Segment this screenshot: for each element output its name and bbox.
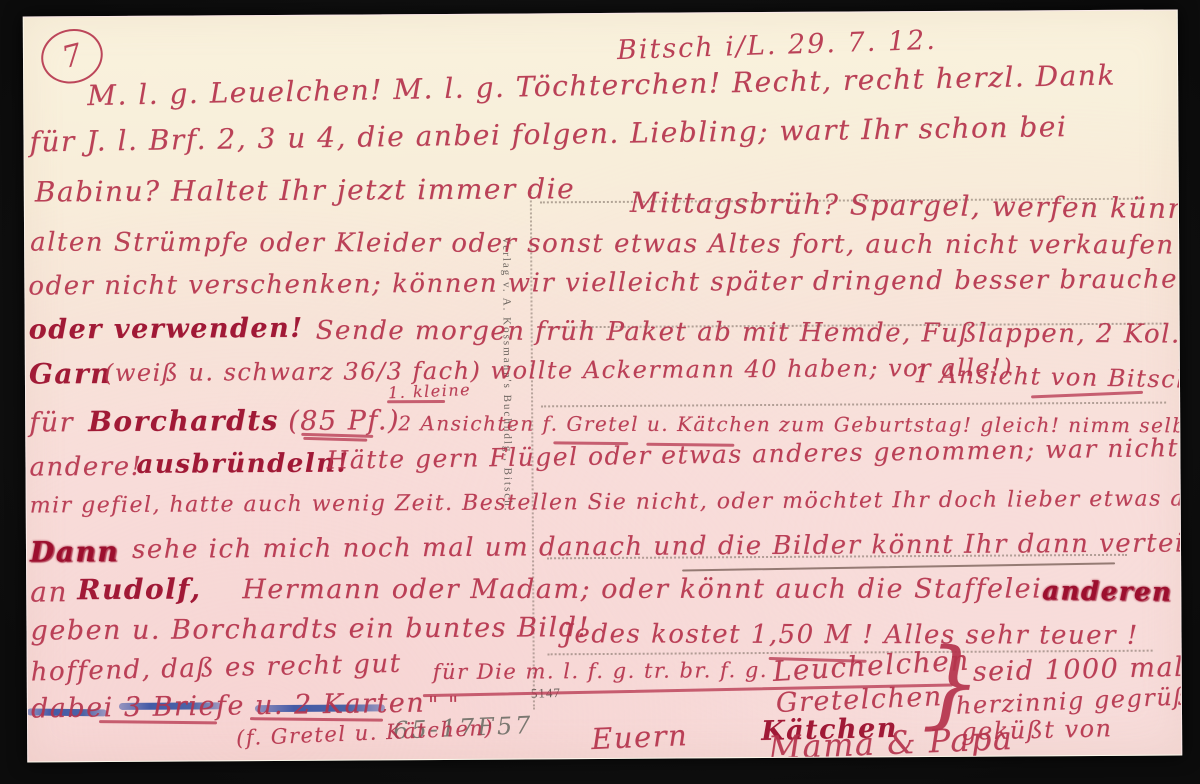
- handwriting-line: " ": [428, 693, 460, 718]
- handwriting-line: M. l. g. Leuelchen! M. l. g. Töchterchen…: [87, 58, 1116, 112]
- handwriting-line: mir gefiel, hatte auch wenig Zeit. Beste…: [30, 486, 1183, 519]
- handwriting-layer: M. l. g. Leuelchen! M. l. g. Töchterchen…: [24, 10, 1177, 17]
- handwriting-line: Garn: [29, 357, 112, 391]
- handwriting-line: sehe ich mich noch mal um danach und die…: [132, 528, 1182, 565]
- handwriting-line: 2 Ansichten f. Gretel u. Kätchen zum Geb…: [398, 411, 1182, 437]
- handwriting-line: Mittagsbrüh? Spargel, werfen künn: [630, 186, 1183, 225]
- handwriting-line: 1 Ansicht von Bitsch, Staffelei: [914, 360, 1183, 396]
- postcard: 7 Bitsch i/L. 29. 7. 12. Verlag v. A. Ko…: [23, 9, 1183, 762]
- ink-underline: [303, 437, 367, 441]
- handwriting-line: für J. l. Brf. 2, 3 u 4, die anbei folge…: [29, 110, 1067, 158]
- handwriting-line: seid 1000 mal: [972, 652, 1182, 688]
- handwriting-line: Jedes kostet 1,50 M ! Alles sehr teuer !: [562, 619, 1138, 651]
- handwriting-line: dabei 3 Briefe u. 2 Karten: [31, 688, 426, 725]
- handwriting-line: Babinu? Haltet Ihr jetzt immer die: [35, 172, 576, 208]
- photo-background: 7 Bitsch i/L. 29. 7. 12. Verlag v. A. Ko…: [0, 0, 1200, 784]
- ink-rule-line: [682, 562, 1115, 571]
- handwriting-line: (85 Pf.): [288, 405, 400, 437]
- handwriting-line: anderen: [1042, 576, 1172, 607]
- marks-layer: [24, 10, 1177, 17]
- handwriting-line: hoffend, daß es recht gut: [30, 649, 402, 688]
- handwriting-line: für: [29, 407, 74, 438]
- handwriting-line: Borchardts: [88, 404, 279, 438]
- handwriting-line: Hätte gern Flügel oder etwas anderes gen…: [326, 431, 1182, 474]
- corner-number: 7: [58, 37, 85, 76]
- handwriting-line: 1. kleine: [388, 380, 472, 402]
- handwriting-line: Dann: [30, 535, 119, 569]
- handwriting-line: (weiß u. schwarz 36/3 fach) wollte Acker…: [104, 353, 1013, 387]
- handwriting-line: Hermann oder Madam; oder könnt auch die …: [242, 574, 1042, 606]
- handwriting-line: Sende morgen früh Paket ab mit Hemde, Fu…: [316, 316, 1181, 350]
- handwriting-line: andere!: [29, 452, 142, 483]
- handwriting-line: geben u. Borchardts ein buntes Bild!: [30, 612, 589, 646]
- handwriting-line: für Die m. l. f. g. tr. br. f. g.: [433, 658, 768, 684]
- dateline: Bitsch i/L. 29. 7. 12.: [617, 25, 938, 66]
- handwriting-line: Euern: [590, 718, 688, 756]
- address-dotted-line: [541, 402, 1166, 408]
- handwriting-line: ausbründeln!: [136, 449, 349, 480]
- handwriting-line: Rudolf,: [77, 572, 201, 606]
- handwriting-line: oder nicht verschenken; können wir viell…: [28, 264, 1182, 301]
- handwriting-line: oder verwenden!: [29, 313, 304, 346]
- handwriting-line: alten Strümpfe oder Kleider oder sonst e…: [30, 227, 1175, 260]
- handwriting-line: an: [30, 575, 68, 608]
